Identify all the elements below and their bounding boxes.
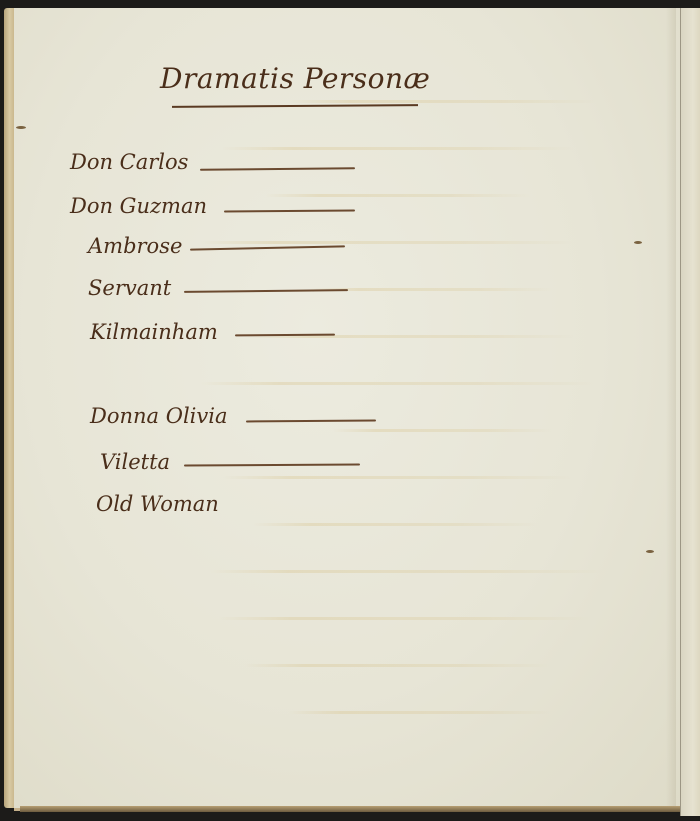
pin-hole [16,126,26,129]
page-bottom-edge [20,806,680,812]
character-ambrose: Ambrose [88,234,182,258]
page-title: Dramatis Personæ [160,62,430,95]
character-don-guzman: Don Guzman [70,194,207,218]
pin-hole [646,550,654,553]
character-old-woman: Old Woman [96,492,219,516]
character-donna-olivia: Donna Olivia [90,404,227,428]
page-fold-shadow [666,8,676,808]
character-viletta: Viletta [100,450,170,474]
adjacent-page-edge [680,8,700,816]
character-don-carlos: Don Carlos [70,150,188,174]
character-kilmainham: Kilmainham [90,320,218,344]
pin-hole [634,241,642,244]
character-servant: Servant [88,276,171,300]
manuscript-scan: Dramatis Personæ Don Carlos Don Guzman A… [0,0,700,821]
